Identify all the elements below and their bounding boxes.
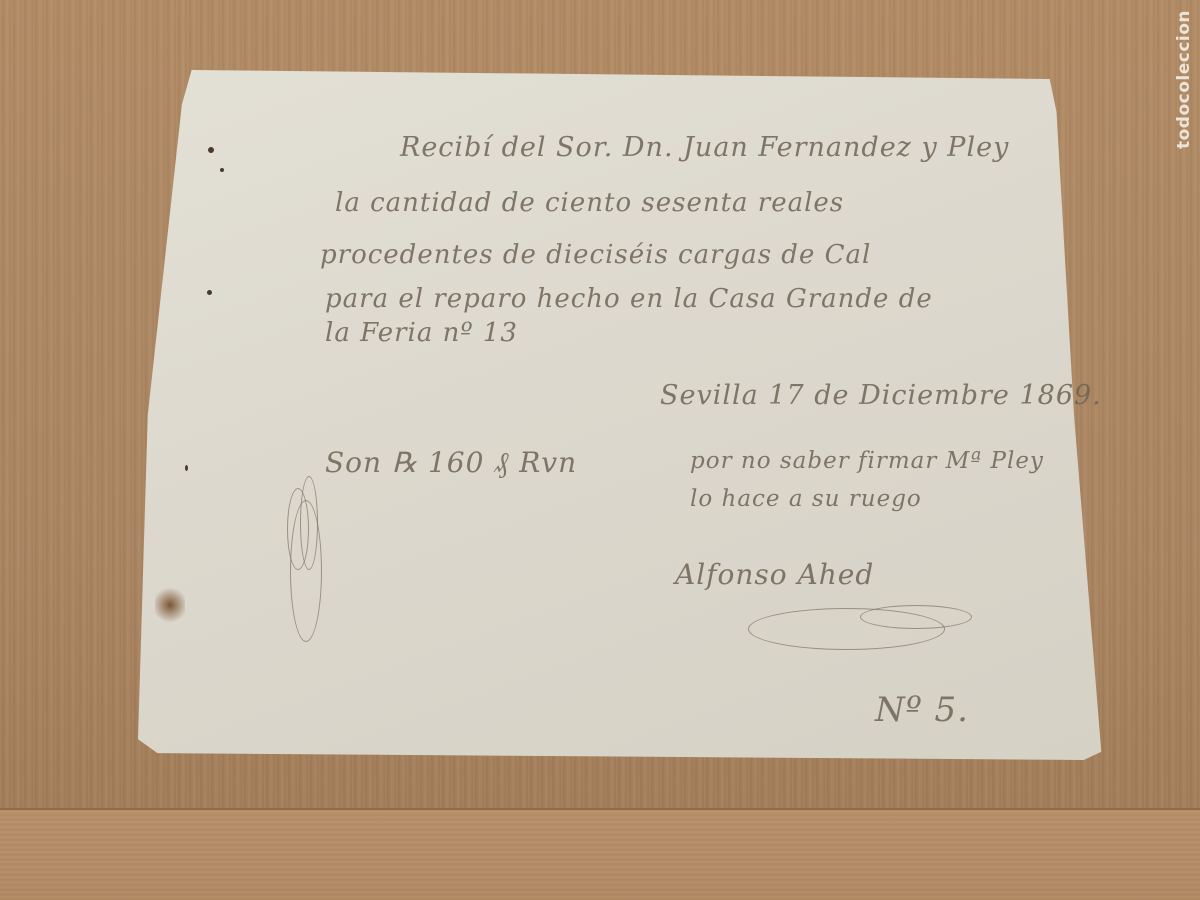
binding-hole — [207, 290, 212, 295]
receipt-line-1: Recibí del Sor. Dn. Juan Fernandez y Ple… — [400, 132, 1009, 163]
receipt-line-2: la cantidad de ciento sesenta reales — [335, 188, 844, 218]
note-line-1: por no saber firmar Mª Pley — [690, 448, 1044, 474]
wood-table-edge — [0, 808, 1200, 900]
binding-hole — [208, 147, 214, 153]
signature-flourish — [860, 605, 972, 629]
receipt-line-3: procedentes de dieciséis cargas de Cal — [320, 240, 871, 270]
place-date: Sevilla 17 de Diciembre 1869. — [660, 380, 1102, 411]
document-number: Nº 5. — [875, 690, 969, 730]
receipt-line-4: para el reparo hecho en la Casa Grande d… — [325, 284, 933, 314]
note-line-2: lo hace a su ruego — [690, 486, 922, 512]
signature: Alfonso Ahed — [675, 558, 874, 591]
binding-hole — [220, 168, 224, 172]
todocoleccion-watermark: todocoleccion — [1174, 10, 1194, 149]
binding-hole — [185, 465, 188, 471]
amount: Son ℞ 160 ₰ Rvn — [325, 446, 577, 480]
rust-stain — [155, 585, 185, 625]
receipt-line-5: la Feria nº 13 — [325, 318, 518, 348]
margin-flourish — [290, 500, 322, 642]
document-paper — [138, 70, 1113, 760]
